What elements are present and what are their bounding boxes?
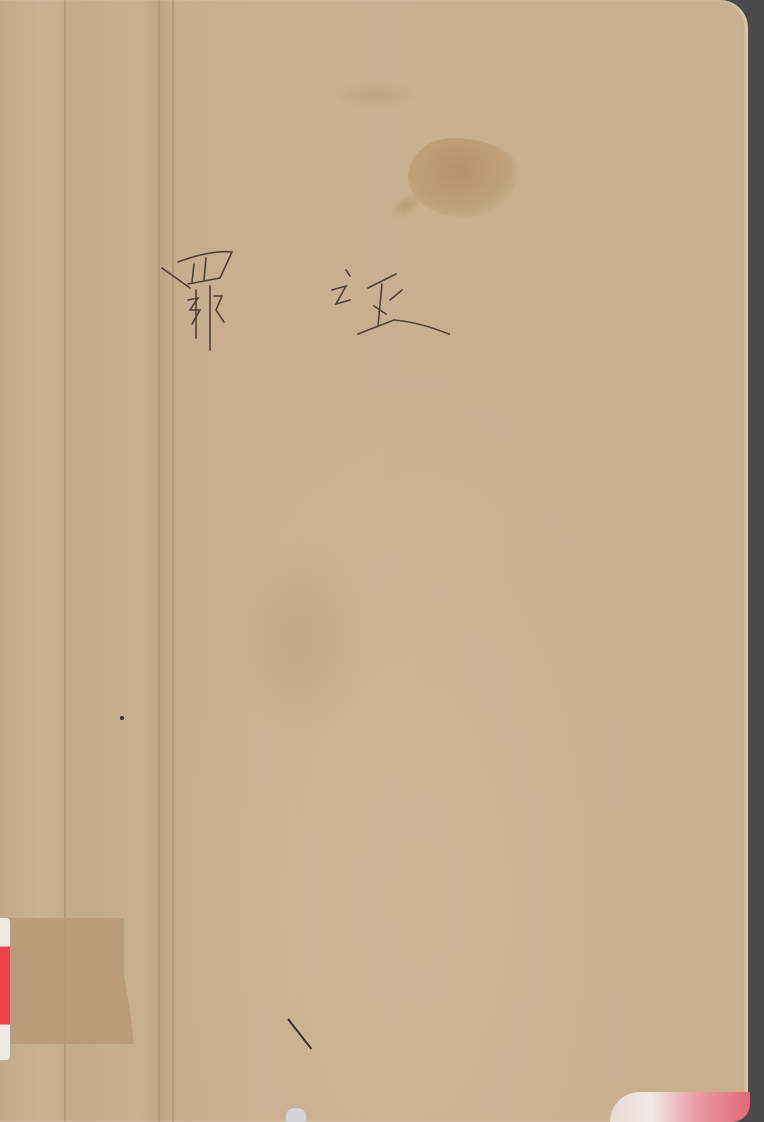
book-cover: 罪证 — [0, 0, 748, 1122]
spine-crease — [172, 0, 174, 1122]
library-label-red — [0, 918, 10, 1060]
smudge — [330, 80, 420, 110]
spine-crease — [158, 0, 160, 1122]
ink-dot — [120, 716, 124, 720]
worn-corner — [610, 1092, 750, 1122]
pencil-mark — [287, 1018, 312, 1049]
edge-tear — [286, 1108, 306, 1122]
library-tape — [10, 918, 134, 1044]
